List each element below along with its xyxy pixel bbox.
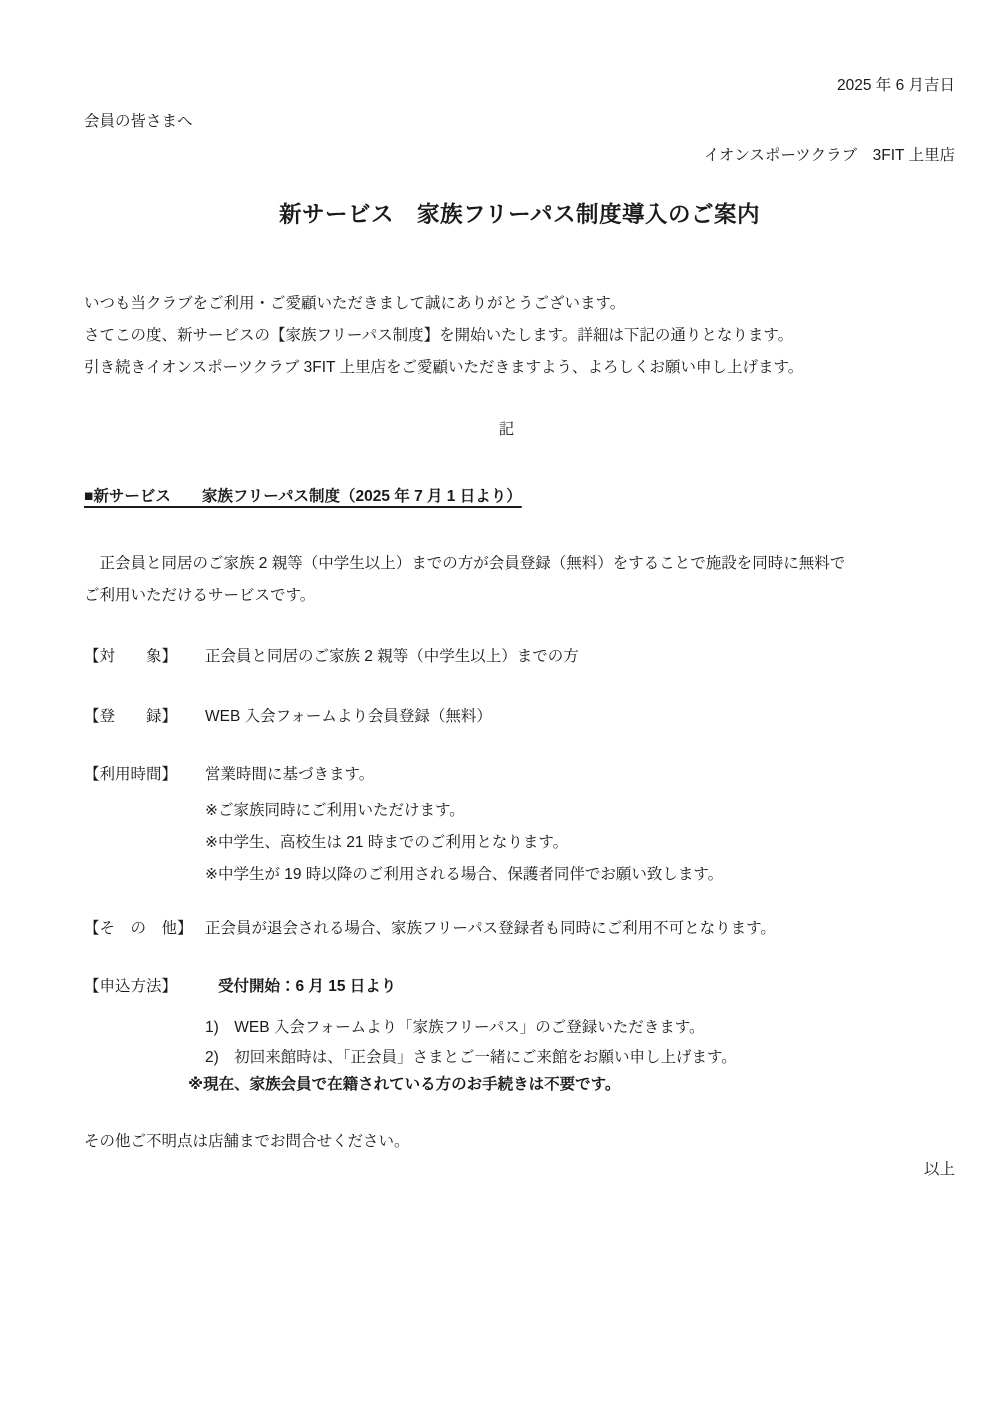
section-heading: ■新サービス 家族フリーパス制度（2025 年 7 月 1 日より） [84, 484, 955, 510]
hours-note-2: ※中学生、高校生は 21 時までのご利用となります。 [205, 827, 955, 859]
salutation: 会員の皆さまへ [84, 112, 955, 132]
closing-line: その他ご不明点は店舗までお問合せください。 [84, 1130, 955, 1154]
hours-notes: ※ご家族同時にご利用いただけます。 ※中学生、高校生は 21 時までのご利用とな… [205, 795, 955, 891]
section-heading-text: ■新サービス 家族フリーパス制度（2025 年 7 月 1 日より） [84, 488, 522, 505]
document-date: 2025 年 6 月吉日 [84, 76, 955, 96]
apply-start-date: 受付開始：6 月 15 日より [205, 975, 955, 999]
hours-label: 【利用時間】 [84, 763, 205, 787]
hours-note-3: ※中学生が 19 時以降のご利用される場合、保護者同伴でお願い致します。 [205, 859, 955, 891]
apply-label: 【申込方法】 [84, 975, 205, 999]
record-marker: 記 [84, 418, 955, 442]
target-value: 正会員と同居のご家族 2 親等（中学生以上）までの方 [205, 645, 955, 669]
hours-note-1: ※ご家族同時にご利用いただけます。 [205, 795, 955, 827]
apply-note: ※現在、家族会員で在籍されている方のお手続きは不要です。 [188, 1073, 955, 1097]
other-label: 【そ の 他】 [84, 917, 205, 941]
hours-value: 営業時間に基づきます。 [205, 763, 955, 787]
detail-row-target: 【対 象】 正会員と同居のご家族 2 親等（中学生以上）までの方 [84, 645, 955, 669]
intro-paragraph: いつも当クラブをご利用・ご愛顧いただきまして誠にありがとうございます。 さてこの… [84, 288, 955, 384]
other-value: 正会員が退会される場合、家族フリーパス登録者も同時にご利用不可となります。 [205, 917, 955, 941]
detail-row-other: 【そ の 他】 正会員が退会される場合、家族フリーパス登録者も同時にご利用不可と… [84, 917, 955, 941]
detail-row-register: 【登 録】 WEB 入会フォームより会員登録（無料） [84, 705, 955, 729]
apply-steps: 1) WEB 入会フォームより「家族フリーパス」のご登録いただきます。 2) 初… [205, 1013, 955, 1073]
end-marker: 以上 [84, 1158, 955, 1182]
intro-line-3: 引き続きイオンスポーツクラブ 3FIT 上里店をご愛顧いただきますよう、よろしく… [84, 352, 955, 384]
register-label: 【登 録】 [84, 705, 205, 729]
service-description-line-1: 正会員と同居のご家族 2 親等（中学生以上）までの方が会員登録（無料）をすること… [84, 548, 955, 580]
detail-row-apply: 【申込方法】 受付開始：6 月 15 日より [84, 975, 955, 999]
sender-name: イオンスポーツクラブ 3FIT 上里店 [84, 146, 955, 166]
intro-line-2: さてこの度、新サービスの【家族フリーパス制度】を開始いたします。詳細は下記の通り… [84, 320, 955, 352]
intro-line-1: いつも当クラブをご利用・ご愛顧いただきまして誠にありがとうございます。 [84, 288, 955, 320]
target-label: 【対 象】 [84, 645, 205, 669]
detail-row-hours: 【利用時間】 営業時間に基づきます。 [84, 763, 955, 787]
apply-step-1: 1) WEB 入会フォームより「家族フリーパス」のご登録いただきます。 [205, 1013, 955, 1043]
service-description: 正会員と同居のご家族 2 親等（中学生以上）までの方が会員登録（無料）をすること… [84, 548, 955, 612]
notice-document-page: 2025 年 6 月吉日 会員の皆さまへ イオンスポーツクラブ 3FIT 上里店… [0, 0, 1000, 1414]
register-value: WEB 入会フォームより会員登録（無料） [205, 705, 955, 729]
service-description-line-2: ご利用いただけるサービスです。 [84, 580, 955, 612]
document-title: 新サービス 家族フリーパス制度導入のご案内 [84, 200, 955, 230]
apply-step-2: 2) 初回来館時は、「正会員」さまとご一緒にご来館をお願い申し上げます。 [205, 1043, 955, 1073]
